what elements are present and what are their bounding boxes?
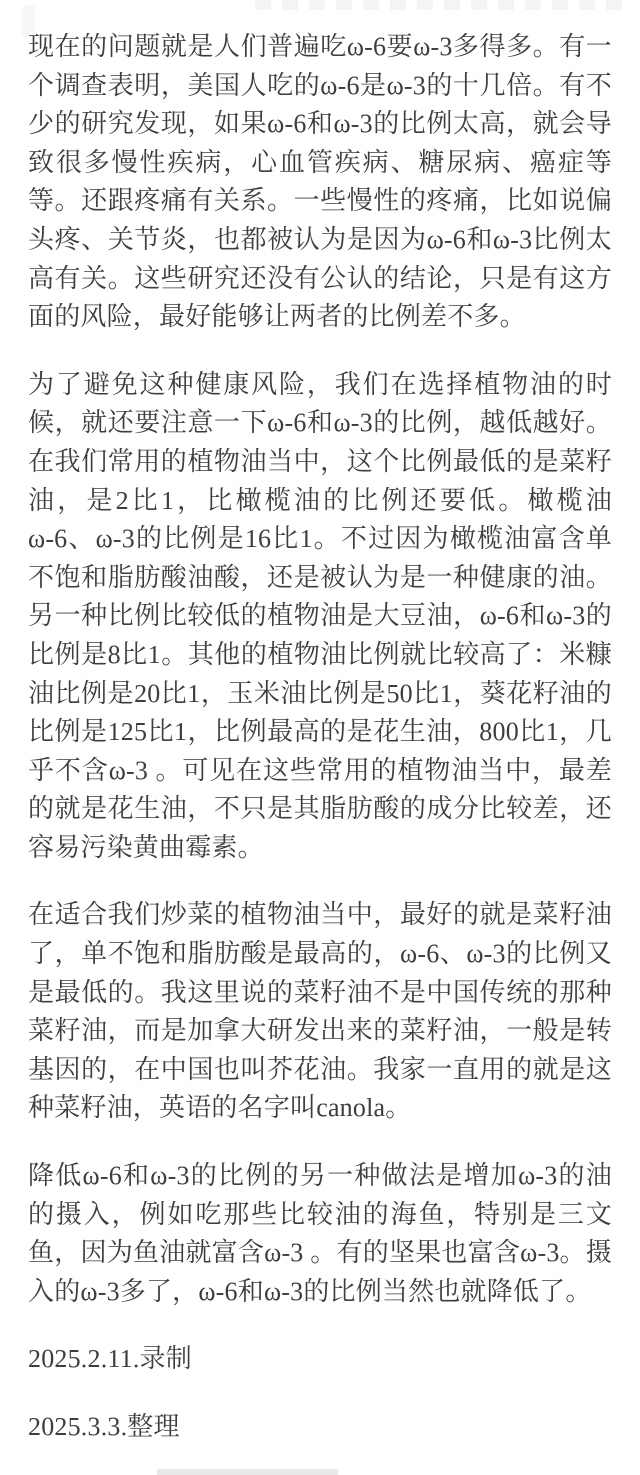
paragraph-omega-ratio-problem: 现在的问题就是人们普遍吃ω-6要ω-3多得多。有一个调查表明，美国人吃的ω-6是…: [28, 28, 612, 337]
compilation-date: 2025.3.3.整理: [28, 1408, 612, 1447]
reader-page: { "colors": { "background": "#ffffff", "…: [0, 0, 640, 1475]
paragraph-increase-omega3: 降低ω-6和ω-3的比例的另一种做法是增加ω-3的油的摄入，例如吃那些比较油的海…: [28, 1157, 612, 1311]
paragraph-oil-ratio-comparison: 为了避免这种健康风险，我们在选择植物油的时候，就还要注意一下ω-6和ω-3的比例…: [28, 366, 612, 868]
bottom-edge-artifact: [157, 1469, 338, 1475]
article-body: 现在的问题就是人们普遍吃ω-6要ω-3多得多。有一个调查表明，美国人吃的ω-6是…: [0, 0, 640, 1447]
paragraph-canola-recommendation: 在适合我们炒菜的植物油当中，最好的就是菜籽油了，单不饱和脂肪酸是最高的，ω-6、…: [28, 896, 612, 1128]
recording-date: 2025.2.11.录制: [28, 1340, 612, 1379]
